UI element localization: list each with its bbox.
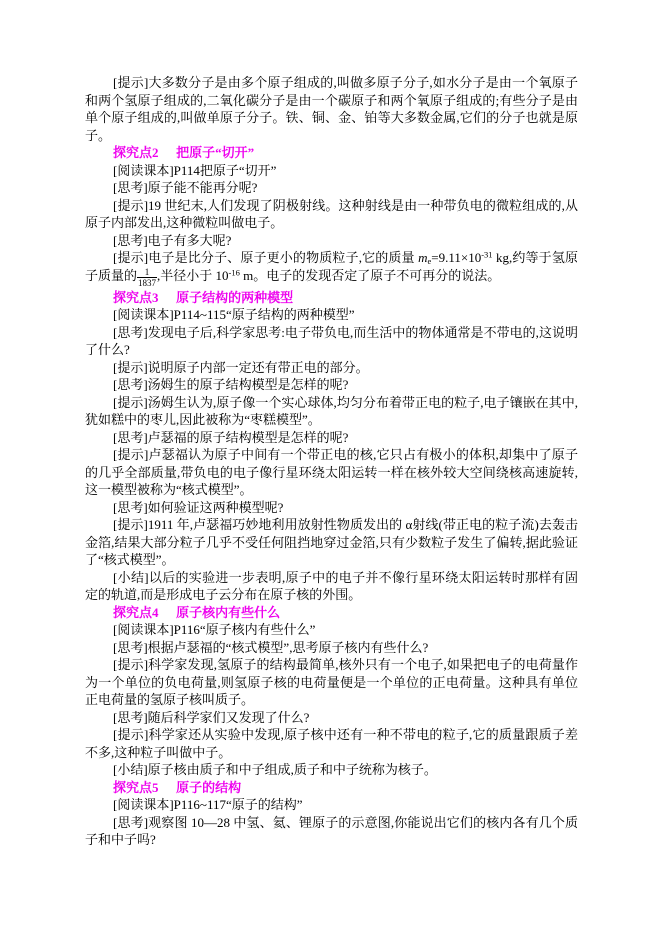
heading-title: 原子结构的两种模型 xyxy=(176,290,293,305)
paragraph-think-verify-models: [思考]如何验证这两种模型呢? xyxy=(85,499,578,517)
heading-number: 探究点5 xyxy=(113,780,159,795)
mass-variable: m xyxy=(418,250,427,265)
heading-title: 原子核内有些什么 xyxy=(176,605,280,620)
section-heading-4: 探究点4原子核内有些什么 xyxy=(85,604,578,622)
text-segment: [提示]电子是比分子、原子更小的物质粒子,它的质量 xyxy=(113,250,418,265)
paragraph-hint-thomson-model: [提示]汤姆生认为,原子像一个实心球体,均匀分布着带正电的粒子,电子镶嵌在其中,… xyxy=(85,394,578,429)
paragraph-hint-gold-foil: [提示]1911 年,卢瑟福巧妙地利用放射性物质发出的 α射线(带正电的粒子流)… xyxy=(85,516,578,569)
paragraph-molecules-intro: [提示]大多数分子是由多个原子组成的,叫做多原子分子,如水分子是由一个氧原子和两… xyxy=(85,74,578,144)
paragraph-read-p116-117: [阅读课本]P116~117“原子的结构” xyxy=(85,796,578,814)
paragraph-summary-electron-cloud: [小结]以后的实验进一步表明,原子中的电子并不像行星环绕太阳运转时那样有固定的轨… xyxy=(85,569,578,604)
paragraph-think-electron-size: [思考]电子有多大呢? xyxy=(85,232,578,250)
paragraph-electron-mass: [提示]电子是比分子、原子更小的物质粒子,它的质量 me=9.11×10-31 … xyxy=(85,249,578,289)
section-heading-5: 探究点5原子的结构 xyxy=(85,779,578,797)
paragraph-read-p114-115: [阅读课本]P114~115“原子结构的两种模型” xyxy=(85,306,578,324)
heading-title: 把原子“切开” xyxy=(176,145,254,160)
paragraph-think-divisible: [思考]原子能不能再分呢? xyxy=(85,179,578,197)
paragraph-read-p114: [阅读课本]P114把原子“切开” xyxy=(85,162,578,180)
paragraph-think-figure-10-28: [思考]观察图 10—28 中氢、氦、锂原子的示意图,你能说出它们的核内各有几个… xyxy=(85,814,578,849)
paragraph-hint-positive-part: [提示]说明原子内部一定还有带正电的部分。 xyxy=(85,359,578,377)
section-heading-2: 探究点2把原子“切开” xyxy=(85,144,578,162)
heading-number: 探究点2 xyxy=(113,145,159,160)
exponent-minus16: -16 xyxy=(229,267,240,277)
paragraph-think-further-discovery: [思考]随后科学家们又发现了什么? xyxy=(85,709,578,727)
exponent-minus31: -31 xyxy=(481,249,492,259)
fraction-denominator: 1837 xyxy=(137,278,157,288)
paragraph-summary-nucleons: [小结]原子核由质子和中子组成,质子和中子统称为核子。 xyxy=(85,761,578,779)
fraction-1-1837: 11837 xyxy=(137,267,157,289)
paragraph-hint-proton: [提示]科学家发现,氢原子的结构最简单,核外只有一个电子,如果把电子的电荷量作为… xyxy=(85,656,578,709)
text-segment: =9.11×10 xyxy=(431,250,481,265)
paragraph-think-thomson-model: [思考]汤姆生的原子结构模型是怎样的呢? xyxy=(85,376,578,394)
paragraph-think-negative-charge: [思考]发现电子后,科学家思考:电子带负电,而生活中的物体通常是不带电的,这说明… xyxy=(85,324,578,359)
paragraph-think-rutherford-model: [思考]卢瑟福的原子结构模型是怎样的呢? xyxy=(85,429,578,447)
paragraph-hint-neutron: [提示]科学家还从实验中发现,原子核中还有一种不带电的粒子,它的质量跟质子差不多… xyxy=(85,726,578,761)
paragraph-cathode-ray: [提示]19 世纪末,人们发现了阴极射线。这种射线是由一种带负电的微粒组成的,从… xyxy=(85,197,578,232)
paragraph-hint-rutherford-model: [提示]卢瑟福认为原子中间有一个带正电的核,它只占有极小的体积,却集中了原子的几… xyxy=(85,446,578,499)
heading-number: 探究点4 xyxy=(113,605,159,620)
paragraph-think-nucleus-content: [思考]根据卢瑟福的“核式模型”,思考原子核内有些什么? xyxy=(85,639,578,657)
paragraph-read-p116: [阅读课本]P116“原子核内有些什么” xyxy=(85,621,578,639)
text-segment: ,半径小于 10 xyxy=(157,268,229,283)
section-heading-3: 探究点3原子结构的两种模型 xyxy=(85,289,578,307)
document-page: [提示]大多数分子是由多个原子组成的,叫做多原子分子,如水分子是由一个氧原子和两… xyxy=(85,74,578,849)
fraction-numerator: 1 xyxy=(137,267,157,278)
text-segment: m。电子的发现否定了原子不可再分的说法。 xyxy=(240,268,500,283)
heading-number: 探究点3 xyxy=(113,290,159,305)
heading-title: 原子的结构 xyxy=(176,780,241,795)
